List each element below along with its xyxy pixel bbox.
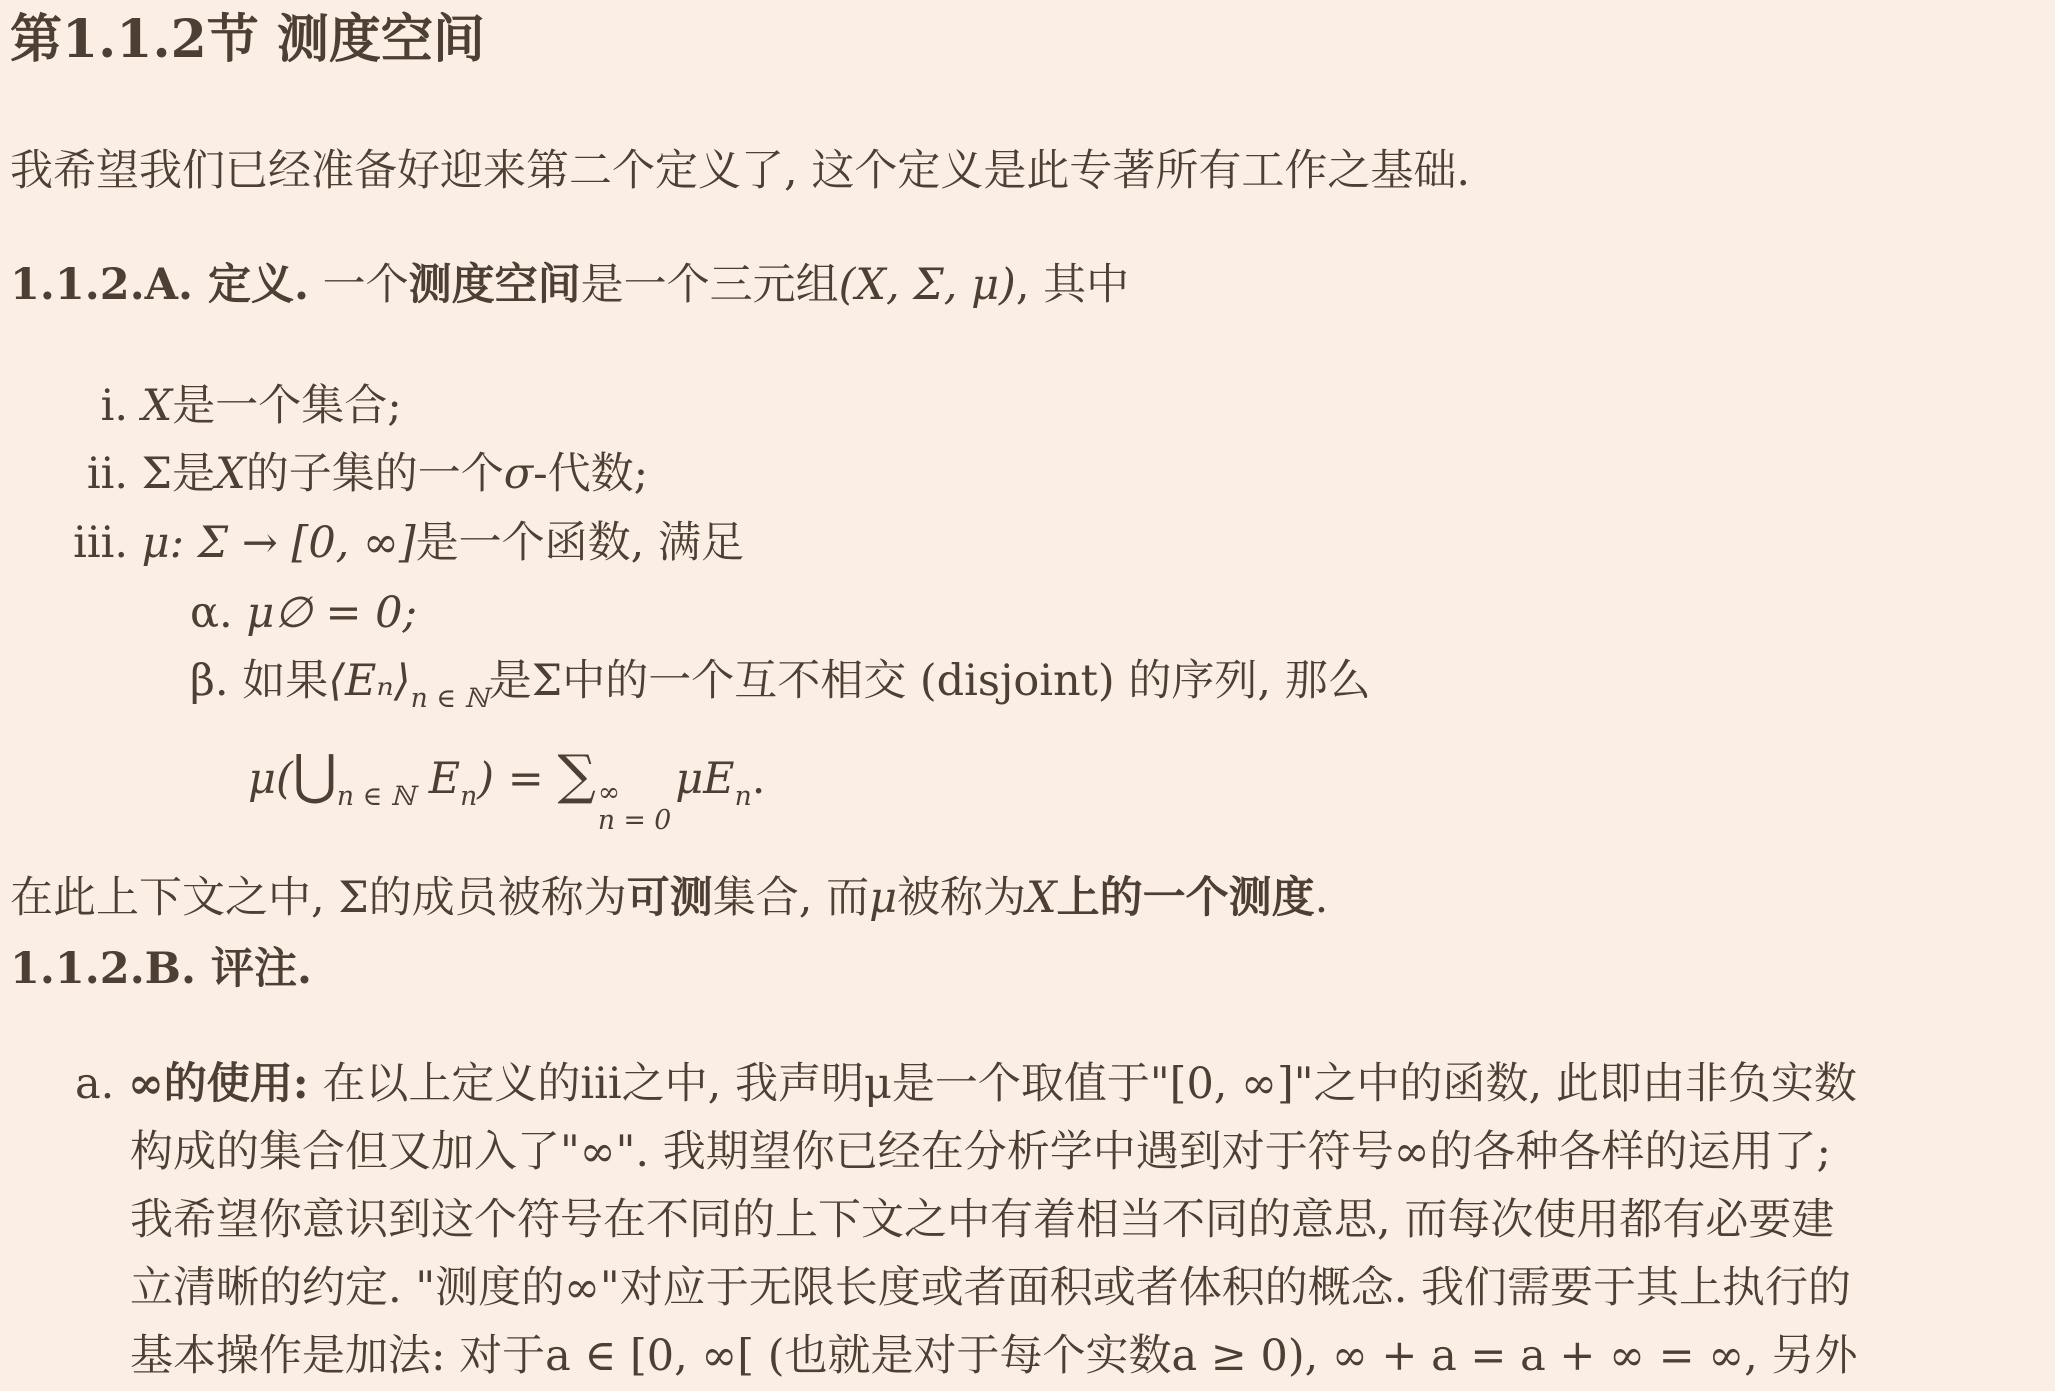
- list-text: 是一个集合;: [172, 381, 402, 431]
- list-marker: i.: [40, 385, 128, 428]
- countable-additivity-formula: μ(⋃n ∈ ℕ En) = ∑∞n = 0μEn.: [248, 748, 765, 835]
- bold-term: 可测: [627, 873, 713, 923]
- math-text: ) =: [477, 754, 557, 804]
- math-symbol: σ: [504, 449, 533, 499]
- text: 在此上下文之中, Σ的成员被称为: [10, 873, 627, 923]
- list-text: 的子集的一个: [246, 449, 504, 499]
- math-symbol: X: [215, 449, 246, 499]
- sub-list-item: α. μ∅ = 0;: [190, 592, 417, 635]
- list-item: iii. μ: Σ → [0, ∞]是一个函数, 满足: [40, 522, 744, 565]
- math-symbol: X: [1026, 873, 1057, 923]
- defined-term: 测度空间: [409, 260, 581, 310]
- list-item: ii. Σ是X的子集的一个σ-代数;: [40, 453, 648, 496]
- bold-term: 上的一个测度: [1057, 873, 1315, 923]
- definition-heading: 1.1.2.A. 定义. 一个测度空间是一个三元组(X, Σ, μ), 其中: [10, 264, 1129, 307]
- remark-item-title: ∞的使用:: [128, 1059, 309, 1109]
- list-text: 是一个函数, 满足: [416, 518, 744, 568]
- list-text: 是Σ中的一个互不相交 (disjoint) 的序列, 那么: [489, 656, 1371, 706]
- remark-line: 在以上定义的iii之中, 我声明μ是一个取值于"[0, ∞]"之中的函数, 此即…: [309, 1059, 1857, 1109]
- definition-text: 是一个三元组: [581, 260, 839, 310]
- list-text: 如果: [242, 656, 328, 706]
- math-formula: μ: Σ → [0, ∞]: [142, 518, 416, 568]
- sub-list-item: β. 如果⟨Eₙ⟩n ∈ ℕ是Σ中的一个互不相交 (disjoint) 的序列,…: [190, 660, 1371, 703]
- remark-line: 立清晰的约定. "测度的∞"对应于无限长度或者面积或者体积的概念. 我们需要于其…: [130, 1267, 1851, 1310]
- list-marker: β.: [190, 656, 229, 706]
- math-text: μ(: [248, 754, 293, 804]
- sum-limits: ∞n = 0: [598, 779, 671, 835]
- math-symbol: Σ: [142, 449, 172, 499]
- math-symbol: μ: [869, 873, 897, 923]
- definition-text: , 其中: [1016, 260, 1129, 310]
- sum-symbol: ∑: [557, 743, 595, 806]
- list-marker: iii.: [40, 522, 128, 565]
- text: 被称为: [897, 873, 1026, 923]
- math-text: μE: [675, 754, 734, 804]
- intro-paragraph: 我希望我们已经准备好迎来第二个定义了, 这个定义是此专著所有工作之基础.: [10, 150, 1470, 193]
- list-text: -代数;: [533, 449, 648, 499]
- sum-upper: ∞: [598, 779, 671, 807]
- list-item: i. X是一个集合;: [40, 385, 402, 428]
- math-text: E: [429, 754, 460, 804]
- remark-heading: 1.1.2.B. 评注.: [10, 948, 312, 991]
- definition-label: 1.1.2.A. 定义.: [10, 260, 309, 310]
- remark-item: a. ∞的使用: 在以上定义的iii之中, 我声明μ是一个取值于"[0, ∞]"…: [75, 1063, 1857, 1106]
- triple-formula: (X, Σ, μ): [839, 260, 1016, 310]
- union-symbol: ⋃: [293, 743, 337, 806]
- sum-lower: n = 0: [598, 807, 671, 835]
- math-subscript: n: [735, 781, 752, 812]
- list-marker: a.: [75, 1059, 114, 1109]
- math-symbol: X: [142, 381, 173, 431]
- math-sequence: ⟨Eₙ⟩: [328, 656, 410, 706]
- remark-line: 基本操作是加法: 对于a ∈ [0, ∞[ (也就是对于每个实数a ≥ 0), …: [130, 1335, 1857, 1378]
- list-marker: ii.: [40, 453, 128, 496]
- remark-line: 我希望你意识到这个符号在不同的上下文之中有着相当不同的意思, 而每次使用都有必要…: [130, 1199, 1834, 1242]
- math-formula: μ∅ = 0;: [246, 588, 417, 638]
- math-subscript: n: [460, 781, 477, 812]
- list-marker: α.: [190, 588, 233, 638]
- section-heading: 第1.1.2节 测度空间: [10, 14, 485, 66]
- math-text: .: [752, 754, 766, 804]
- definition-followup: 在此上下文之中, Σ的成员被称为可测集合, 而μ被称为X上的一个测度.: [10, 877, 1328, 920]
- text: .: [1315, 873, 1329, 923]
- text: 集合, 而: [713, 873, 869, 923]
- math-subscript: n ∈ ℕ: [337, 781, 415, 812]
- definition-text: 一个: [309, 260, 409, 310]
- list-text: 是: [172, 449, 215, 499]
- math-subscript: n ∈ ℕ: [411, 683, 489, 714]
- remark-line: 构成的集合但又加入了"∞". 我期望你已经在分析学中遇到对于符号∞的各种各样的运…: [130, 1131, 1831, 1174]
